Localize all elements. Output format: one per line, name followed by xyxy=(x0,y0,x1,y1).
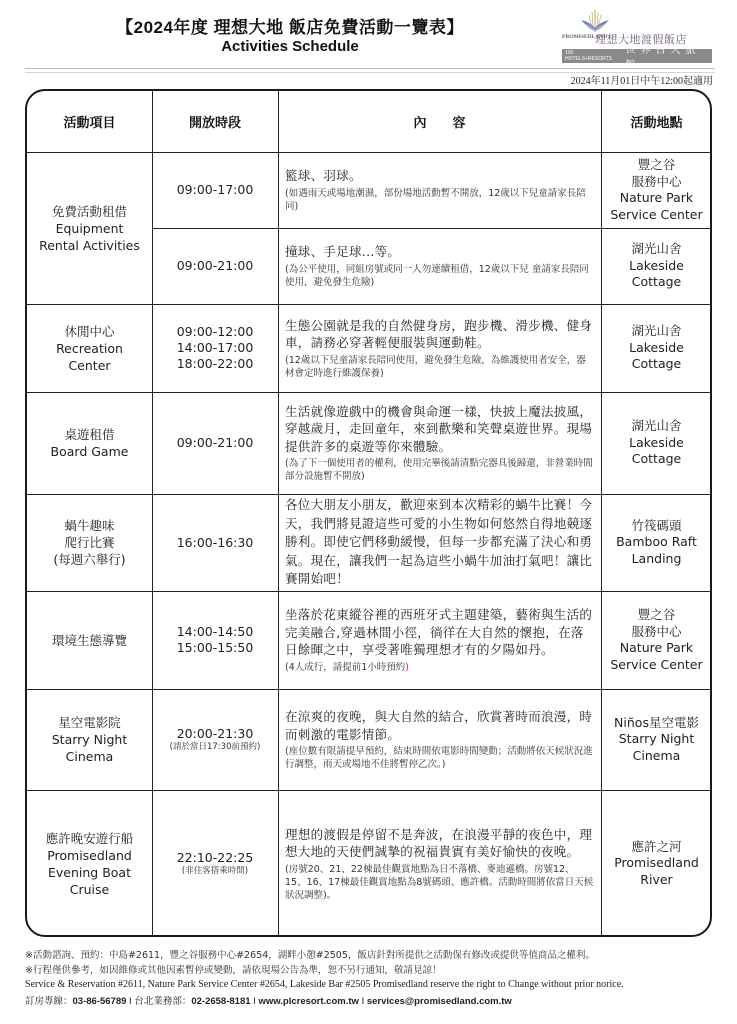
activity-name-zh: 休閒中心 xyxy=(64,323,114,340)
location-line: River xyxy=(640,872,672,889)
location-line: Starry Night xyxy=(619,731,695,748)
note-text: (4人成行，請提前1小時預約 xyxy=(285,662,405,673)
booking-label: 訂房專線： xyxy=(25,996,73,1007)
booking-phone[interactable]: 03-86-56789 xyxy=(73,996,127,1007)
activity-name-zh: 免費活動租借 xyxy=(52,203,127,220)
time-slot: 14:00-14:50 xyxy=(177,624,254,640)
activity-name-en: Recreation xyxy=(56,340,123,357)
location-line: Cottage xyxy=(632,274,681,291)
activity-content: 生態公園就是我的自然健身房，跑步機、滑步機、健身車，請務必穿著輕便服裝與運動鞋。… xyxy=(278,304,601,392)
activity-location: 湖光山舍 Lakeside Cottage xyxy=(601,392,712,494)
activity-name-en: Center xyxy=(68,357,110,374)
location-line: 豐之谷 xyxy=(638,157,676,174)
email-link[interactable]: services@promisedland.com.tw xyxy=(367,996,512,1007)
activity-name-en: Starry Night xyxy=(52,731,128,748)
time-slot: 22:10-22:25 xyxy=(177,850,254,866)
activity-schedule-note: (每週六舉行) xyxy=(53,551,125,568)
location-line: Cinema xyxy=(633,748,681,765)
separator: I xyxy=(129,996,132,1007)
effective-date: 2024年11月01日中午12:00起適用 xyxy=(571,72,713,87)
content-note: (房號20、21、22棟最佳觀賞地點為日不落橋、麥迪遜橋。房號12、15、16、… xyxy=(285,863,595,902)
taipei-office-label: 台北業務部： xyxy=(134,996,191,1007)
content-main: 撞球、手足球...等。 xyxy=(285,243,595,261)
activity-hours: 14:00-14:50 15:00-15:50 xyxy=(152,591,278,689)
activity-location: 豐之谷 服務中心 Nature Park Service Center xyxy=(601,591,712,689)
location-line: Lakeside xyxy=(629,340,684,357)
content-main: 各位大朋友小朋友，歡迎來到本次精彩的蝸牛比賽！今天，我們將見證這些可愛的小生物如… xyxy=(285,496,595,589)
activity-hours: 22:10-22:25 (非住客搭乘時間) xyxy=(152,790,278,937)
activity-name-zh: 爬行比賽 xyxy=(64,534,114,551)
logo-tagline-bar: 100 HOTELS+RESORTS 世界百大旅館 xyxy=(562,49,712,63)
location-line: 服務中心 xyxy=(631,174,681,191)
activity-hours: 09:00-17:00 xyxy=(152,152,278,228)
content-note: (為公平使用，同組房號或同一人勿連續租借，12歲以下兒 童請家長陪同使用，避免發… xyxy=(285,263,595,289)
activity-hours: 09:00-12:00 14:00-17:00 18:00-22:00 xyxy=(152,304,278,392)
activity-name-recreation-center: 休閒中心 Recreation Center xyxy=(27,304,152,392)
content-note: (座位數有限請提早預約，結束時間依電影時間變動；活動將依天候狀況進行調整，雨天或… xyxy=(285,745,595,771)
content-note: (為了下一個使用者的權利，使用完畢後請清點完器具後歸還，非營業時間部分設施暫不開… xyxy=(285,457,595,483)
location-line: Lakeside xyxy=(629,258,684,275)
activity-name-starry-night-cinema: 星空電影院 Starry Night Cinema xyxy=(27,689,152,790)
hotel-logo: PROMISEDLAND 理想大地渡假飯店 100 HOTELS+RESORTS… xyxy=(562,8,712,64)
activity-name-en: Cinema xyxy=(66,748,114,765)
activity-name-zh: 蝸牛趣味 xyxy=(64,517,114,534)
content-note: (如遇雨天或場地潮濕，部份場地活動暫不開放，12歲以下兒童請家長陪同) xyxy=(285,187,595,213)
activity-name-en: Rental Activities xyxy=(39,237,140,254)
activity-name-evening-boat-cruise: 應許晚安遊行船 Promisedland Evening Boat Cruise xyxy=(27,790,152,937)
time-note: (非住客搭乘時間) xyxy=(182,866,248,877)
page-title-en: Activities Schedule xyxy=(100,38,480,55)
activity-name-zh: 星空電影院 xyxy=(58,714,121,731)
activity-name-en: Cruise xyxy=(70,881,109,898)
location-line: Service Center xyxy=(610,657,702,674)
note-tail: ) xyxy=(405,662,409,673)
activity-content: 生活就像遊戲中的機會與命運一樣，快披上魔法披風，穿越歲月，走回童年，來到歡樂和笑… xyxy=(278,392,601,494)
activity-content: 各位大朋友小朋友，歡迎來到本次精彩的蝸牛比賽！今天，我們將見證這些可愛的小生物如… xyxy=(278,494,601,591)
content-main: 理想的渡假是停留不是奔波，在浪漫平靜的夜色中，理想大地的天使們誠摯的祝福貴賓有美… xyxy=(285,826,595,861)
footer-note-disclaimer: ※行程僅供參考，如因維修或其他因素暫停或變動，請依現場公告為準，恕不另行通知，敬… xyxy=(25,962,441,976)
footer-note-contact: ※活動諮詢、預約：中島#2611，豐之谷服務中心#2654，湖畔小憩#2505，… xyxy=(25,947,595,961)
footer-contact-line: 訂房專線：03-86-56789 I 台北業務部：02-2658-8181 I … xyxy=(25,993,512,1007)
location-line: Nature Park xyxy=(620,190,693,207)
activity-name-en: Equipment xyxy=(56,220,124,237)
activity-name-en: Evening Boat xyxy=(48,864,131,881)
column-header-location: 活動地點 xyxy=(601,91,712,152)
content-main: 在涼爽的夜晚，與大自然的結合，欣賞著時而浪漫，時而刺激的電影情節。 xyxy=(285,708,595,743)
activity-content: 坐落於花東縱谷裡的西班牙式主題建築，藝術與生活的完美融合,穿過林間小徑，徜徉在大… xyxy=(278,591,601,689)
activity-hours: 09:00-21:00 xyxy=(152,392,278,494)
activity-name-en: Promisedland xyxy=(47,847,132,864)
location-line: 服務中心 xyxy=(631,624,681,641)
location-line: Cottage xyxy=(632,356,681,373)
schedule-table: 活動項目 開放時段 內 容 活動地點 免費活動租借 Equipment Rent… xyxy=(25,89,712,937)
location-line: 豐之谷 xyxy=(638,607,676,624)
logo-tagline-zh: 世界百大旅館 xyxy=(626,41,712,71)
content-main: 生態公園就是我的自然健身房，跑步機、滑步機、健身車，請務必穿著輕便服裝與運動鞋。 xyxy=(285,317,595,352)
location-line: Service Center xyxy=(610,207,702,224)
activity-location: 應許之河 Promisedland River xyxy=(601,790,712,937)
location-line: 湖光山舍 xyxy=(631,418,681,435)
time-slot: 15:00-15:50 xyxy=(177,640,254,656)
activity-name-zh: 桌遊租借 xyxy=(64,426,114,443)
column-header-content: 內 容 xyxy=(278,91,601,152)
activity-location: 豐之谷 服務中心 Nature Park Service Center xyxy=(601,152,712,228)
time-note: (請於當日17:30前預約) xyxy=(170,742,261,753)
location-line: Promisedland xyxy=(614,855,699,872)
column-header-hours: 開放時段 xyxy=(152,91,278,152)
activity-hours: 20:00-21:30 (請於當日17:30前預約) xyxy=(152,689,278,790)
website-link[interactable]: www.plcresort.com.tw xyxy=(258,996,358,1007)
taipei-office-phone[interactable]: 02-2658-8181 xyxy=(191,996,250,1007)
footer-english-note: Service & Reservation #2611, Nature Park… xyxy=(25,979,624,990)
time-slot: 20:00-21:30 xyxy=(177,726,254,742)
content-main: 生活就像遊戲中的機會與命運一樣，快披上魔法披風，穿越歲月，走回童年，來到歡樂和笑… xyxy=(285,403,595,456)
time-slot: 14:00-17:00 xyxy=(177,340,254,356)
activity-content: 在涼爽的夜晚，與大自然的結合，欣賞著時而浪漫，時而刺激的電影情節。 (座位數有限… xyxy=(278,689,601,790)
activity-hours: 09:00-21:00 xyxy=(152,228,278,304)
content-main: 籃球、羽球。 xyxy=(285,167,595,185)
location-line: Bamboo Raft xyxy=(616,534,697,551)
page-title-zh: 【2024年度 理想大地 飯店免費活動一覽表】 xyxy=(100,13,480,38)
activity-location: Niños星空電影 Starry Night Cinema xyxy=(601,689,712,790)
location-line: Niños星空電影 xyxy=(614,715,699,732)
activity-content: 理想的渡假是停留不是奔波，在浪漫平靜的夜色中，理想大地的天使們誠摯的祝福貴賓有美… xyxy=(278,790,601,937)
activity-content: 撞球、手足球...等。 (為公平使用，同組房號或同一人勿連續租借，12歲以下兒 … xyxy=(278,228,601,304)
location-line: Landing xyxy=(632,551,682,568)
activity-content: 籃球、羽球。 (如遇雨天或場地潮濕，部份場地活動暫不開放，12歲以下兒童請家長陪… xyxy=(278,152,601,228)
activity-name-zh: 應許晚安遊行船 xyxy=(46,830,134,847)
activity-name-eco-tour: 環境生態導覽 xyxy=(27,591,152,689)
location-line: 應許之河 xyxy=(631,839,681,856)
content-note: (4人成行，請提前1小時預約) xyxy=(285,661,595,674)
content-note: (12歲以下兒童請家長陪同使用，避免發生危險，為維護使用者安全，器材會定時進行維… xyxy=(285,354,595,380)
location-line: Lakeside xyxy=(629,435,684,452)
content-main: 坐落於花東縱谷裡的西班牙式主題建築，藝術與生活的完美融合,穿過林間小徑，徜徉在大… xyxy=(285,606,595,659)
activity-location: 湖光山舍 Lakeside Cottage xyxy=(601,304,712,392)
location-line: Nature Park xyxy=(620,640,693,657)
time-slot: 18:00-22:00 xyxy=(177,356,254,372)
activity-hours: 16:00-16:30 xyxy=(152,494,278,591)
column-header-activity: 活動項目 xyxy=(27,91,152,152)
location-line: Cottage xyxy=(632,451,681,468)
logo-tagline-en: 100 HOTELS+RESORTS xyxy=(565,50,620,62)
separator: I xyxy=(253,996,256,1007)
location-line: 湖光山舍 xyxy=(631,323,681,340)
activity-name-board-game: 桌遊租借 Board Game xyxy=(27,392,152,494)
activity-name-snail-race: 蝸牛趣味 爬行比賽 (每週六舉行) xyxy=(27,494,152,591)
activity-location: 竹筏碼頭 Bamboo Raft Landing xyxy=(601,494,712,591)
location-line: 竹筏碼頭 xyxy=(631,518,681,535)
activity-name-zh: 環境生態導覽 xyxy=(52,632,127,649)
location-line: 湖光山舍 xyxy=(631,241,681,258)
activity-name-en: Board Game xyxy=(51,443,129,460)
time-slot: 09:00-12:00 xyxy=(177,324,254,340)
activity-location: 湖光山舍 Lakeside Cottage xyxy=(601,228,712,304)
activity-name-equipment-rental: 免費活動租借 Equipment Rental Activities xyxy=(27,152,152,304)
separator: I xyxy=(362,996,365,1007)
